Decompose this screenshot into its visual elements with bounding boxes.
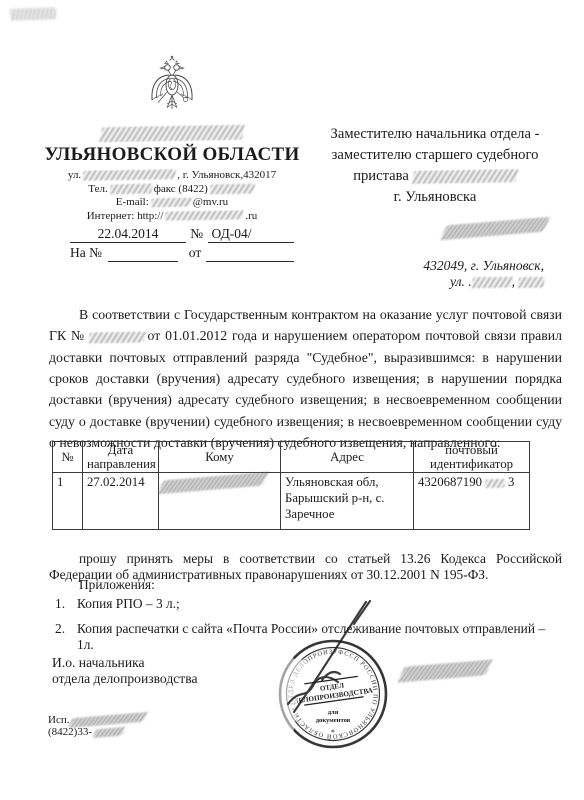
stamp-ink-fade (270, 656, 306, 731)
signer-position-line-2: отдела делопроизводства (52, 671, 197, 687)
stamp-center-line-1: ОТДЕЛ (319, 681, 345, 692)
header-date: Дата направления (83, 442, 159, 473)
letterhead-email-line: E-mail:@mv.ru (28, 196, 316, 210)
header-to: Кому (159, 442, 281, 473)
letterhead-phone-line: Тел.факс (8422) (28, 183, 316, 197)
cell-postal-id: 43206871903 (414, 473, 530, 530)
outgoing-date: 22.04.2014 (70, 226, 186, 243)
header-num: № (53, 442, 83, 473)
reply-from-label: от (184, 245, 206, 262)
email-redacted (150, 198, 192, 208)
attachment-item-1: 1. Копия РПО – 3 л.; (55, 596, 560, 612)
recipient-line-3: пристава (312, 166, 558, 187)
addressee-handwritten-redacted (440, 217, 551, 240)
cell-address: Ульяновская обл, Барышский р-н, с. Зареч… (281, 473, 414, 530)
recipient-cell-redacted (157, 472, 270, 495)
recipient-postal-address: 432049, г. Ульяновск, ул. ., (312, 258, 558, 290)
postal-id-part-1: 4320687190 (418, 475, 482, 489)
stamp-center-line-3: для (328, 709, 339, 716)
postal-id-redacted (484, 478, 506, 487)
fax-label: факс (8422) (154, 183, 208, 195)
stamp-center-line-4: документов (316, 717, 351, 724)
body-text-part-2: от 01.01.2012 года и нарушением оператор… (49, 328, 562, 450)
cell-num: 1 (53, 473, 83, 530)
signer-position-line-1: И.о. начальника (52, 655, 197, 671)
attachment-2-number: 2. (55, 621, 77, 653)
phone-redacted (108, 184, 152, 195)
recipient-title-prefix: пристава (353, 168, 409, 184)
address-suffix: , г. Ульяновск,432017 (177, 169, 276, 181)
cell-date: 27.02.2014 (83, 473, 159, 530)
executor-block: Исп. (8422)33- (48, 714, 144, 738)
attachment-1-text: Копия РПО – 3 л.; (77, 596, 180, 612)
region-title: УЛЬЯНОВСКОЙ ОБЛАСТИ (28, 144, 316, 166)
phone-label-text: Тел. (88, 183, 107, 195)
executor-phone-redacted (92, 727, 126, 738)
signer-name-redacted (397, 659, 494, 682)
postal-street-prefix: ул. . (450, 274, 472, 289)
org-name-redacted (99, 125, 245, 142)
table-row: 1 27.02.2014 Ульяновская обл, Барышский … (53, 473, 530, 530)
email-label: E-mail: (116, 196, 149, 208)
web-label: Интернет: http:// (87, 210, 164, 222)
letterhead: УЛЬЯНОВСКОЙ ОБЛАСТИ ул., г. Ульяновск,43… (28, 54, 316, 223)
address-prefix: ул. (68, 169, 81, 181)
letterhead-website-line: Интернет: http://.ru (28, 210, 316, 224)
fax-redacted (208, 184, 255, 195)
attachments-label: Приложения: (79, 577, 155, 593)
postal-street-redacted (470, 277, 513, 289)
recipient-line-2: заместителю старшего судебного (312, 145, 558, 166)
reply-number-blank (108, 247, 178, 262)
document-page: УЛЬЯНОВСКОЙ ОБЛАСТИ ул., г. Ульяновск,43… (0, 0, 584, 800)
table-header-row: № Дата направления Кому Адрес почтовый и… (53, 442, 530, 473)
stamp-center-line-2: ДЕЛОПРОИЗВОДСТВА (293, 686, 374, 705)
postal-line-1: 432049, г. Ульяновск, (312, 258, 544, 274)
executor-label: Исп. (48, 714, 69, 726)
recipient-line-1: Заместителю начальника отдела - (312, 124, 558, 145)
reply-date-blank (206, 247, 294, 262)
number-sign: № (186, 226, 208, 243)
street-redacted (82, 170, 177, 182)
cell-to (159, 473, 281, 530)
corner-redaction-mark (10, 7, 56, 21)
coat-of-arms-icon (144, 54, 200, 116)
letterhead-address-line: ул., г. Ульяновск,432017 (28, 169, 316, 183)
attachments-list: 1. Копия РПО – 3 л.; 2. Копия распечатки… (55, 596, 560, 662)
postal-line-2: ул. ., (312, 274, 544, 290)
executor-line-2: (8422)33- (48, 726, 144, 738)
postal-items-table: № Дата направления Кому Адрес почтовый и… (52, 441, 530, 530)
reply-to-label: На № (70, 245, 108, 262)
stamp-star: * (331, 728, 335, 737)
web-suffix: .ru (245, 210, 257, 222)
recipient-city: г. Ульяновска (312, 187, 558, 208)
header-address: Адрес (281, 442, 414, 473)
reference-block: 22.04.2014 № ОД-04/ На № от (70, 224, 294, 262)
outgoing-number: ОД-04/ (208, 226, 295, 243)
attachment-1-number: 1. (55, 596, 77, 612)
postal-house-redacted (517, 277, 546, 288)
attachment-2-text: Копия распечатки с сайта «Почта России» … (77, 621, 560, 653)
contract-number-redacted (87, 331, 146, 343)
body-paragraph: В соответствии с Государственным контрак… (49, 304, 562, 454)
web-redacted (164, 211, 244, 221)
recipient-block: Заместителю начальника отдела - заместит… (312, 124, 558, 290)
signer-position: И.о. начальника отдела делопроизводства (52, 655, 197, 686)
recipient-name-redacted (411, 169, 518, 184)
attachment-item-2: 2. Копия распечатки с сайта «Почта Росси… (55, 621, 560, 653)
email-suffix: @mv.ru (193, 196, 228, 208)
header-postal-id: почтовый идентификатор (414, 442, 530, 473)
postal-id-part-2: 3 (508, 475, 514, 489)
executor-line-1: Исп. (48, 714, 144, 726)
